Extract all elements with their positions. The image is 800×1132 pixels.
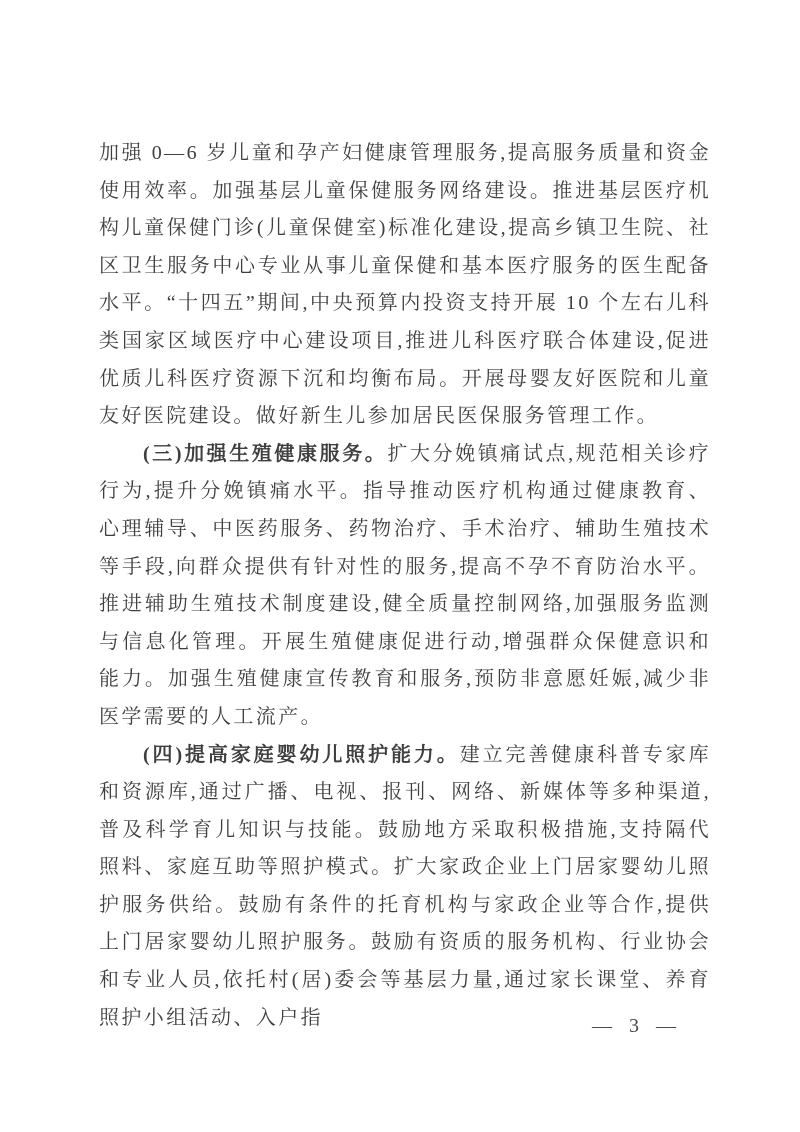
- paragraph-section-4: (四)提高家庭婴幼儿照护能力。建立完善健康科普专家库和资源库,通过广播、电视、报…: [99, 737, 711, 1038]
- paragraph-continuation: 加强 0—6 岁儿童和孕产妇健康管理服务,提高服务质量和资金使用效率。加强基层儿…: [99, 135, 711, 436]
- body-text: 扩大分娩镇痛试点,规范相关诊疗行为,提升分娩镇痛水平。指导推动医疗机构通过健康教…: [99, 443, 711, 728]
- body-text: 加强 0—6 岁儿童和孕产妇健康管理服务,提高服务质量和资金使用效率。加强基层儿…: [99, 142, 711, 427]
- document-page: 加强 0—6 岁儿童和孕产妇健康管理服务,提高服务质量和资金使用效率。加强基层儿…: [99, 135, 711, 1037]
- section-heading-3: (三)加强生殖健康服务。: [143, 443, 387, 465]
- body-text: 建立完善健康科普专家库和资源库,通过广播、电视、报刊、网络、新媒体等多种渠道,普…: [99, 744, 711, 1029]
- paragraph-section-3: (三)加强生殖健康服务。扩大分娩镇痛试点,规范相关诊疗行为,提升分娩镇痛水平。指…: [99, 436, 711, 737]
- page-number: — 3 —: [592, 1015, 682, 1038]
- section-heading-4: (四)提高家庭婴幼儿照护能力。: [143, 744, 460, 766]
